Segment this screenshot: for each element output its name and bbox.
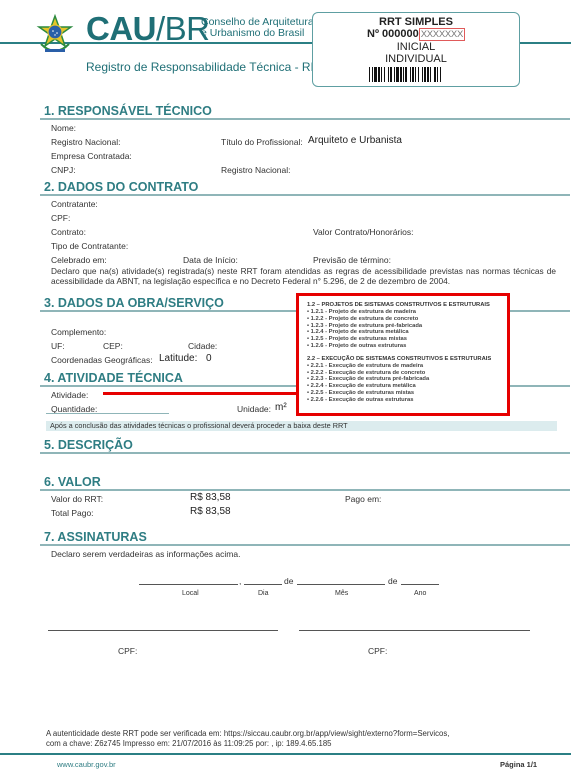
rrt-number: Nº 000000XXXXXXX <box>313 28 519 41</box>
print-info-line: com a chave: Z6z745 Impresso em: 21/07/2… <box>46 739 332 748</box>
rrt-status: INICIAL <box>313 41 519 53</box>
rrt-id-box: RRT SIMPLES Nº 000000XXXXXXX INICIAL IND… <box>312 12 520 87</box>
atividade-label: Atividade: <box>51 390 88 400</box>
section-divider <box>40 194 570 196</box>
section-title-responsavel: 1. RESPONSÁVEL TÉCNICO <box>44 104 212 118</box>
nome-label: Nome: <box>51 123 76 133</box>
page-number: Página 1/1 <box>500 760 537 769</box>
baixa-notice: Após a conclusão das atividades técnicas… <box>46 421 557 431</box>
contratante-label: Contratante: <box>51 199 98 209</box>
complemento-label: Complemento: <box>51 327 106 337</box>
quantidade-underline <box>46 413 169 414</box>
ano-blank[interactable] <box>401 584 439 585</box>
contrato-label: Contrato: <box>51 227 86 237</box>
rrt-modality: INDIVIDUAL <box>313 53 519 65</box>
document-subtitle: Registro de Responsabilidade Técnica - R… <box>86 60 326 74</box>
cnpj-label: CNPJ: <box>51 165 76 175</box>
valor-contrato-label: Valor Contrato/Honorários: <box>313 227 413 237</box>
valor-rrt-label: Valor do RRT: <box>51 494 103 504</box>
authenticity-line: A autenticidade deste RRT pode ser verif… <box>46 729 449 738</box>
empresa-contratada-label: Empresa Contratada: <box>51 151 132 161</box>
total-pago-label: Total Pago: <box>51 508 94 518</box>
valor-rrt-value: R$ 83,58 <box>190 492 231 503</box>
barcode-icon <box>369 67 463 82</box>
accessibility-declaration: Declaro que na(s) atividade(s) registrad… <box>51 267 556 286</box>
dia-blank[interactable] <box>244 584 282 585</box>
mes-caption: Mês <box>335 590 348 597</box>
activity-option: • 2.2.5 - Execução de estruturas mistas <box>307 390 507 397</box>
signature-line-professional[interactable] <box>48 630 278 631</box>
ano-caption: Ano <box>414 590 426 597</box>
section-divider <box>40 489 570 491</box>
de-text: de <box>284 576 293 586</box>
activity-group-title: 1.2 – PROJETOS DE SISTEMAS CONSTRUTIVOS … <box>307 302 507 309</box>
activity-option: • 2.2.4 - Execução de estrutura metálica <box>307 383 507 390</box>
section-title-atividade: 4. ATIVIDADE TÉCNICA <box>44 371 183 385</box>
rrt-type: RRT SIMPLES <box>313 16 519 28</box>
mes-blank[interactable] <box>297 584 385 585</box>
activity-option: • 2.2.1 - Execução de estrutura de madei… <box>307 363 507 370</box>
activity-option: • 1.2.2 - Projeto de estrutura de concre… <box>307 316 507 323</box>
cidade-label: Cidade: <box>188 341 217 351</box>
activity-option: • 1.2.4 - Projeto de estrutura metálica <box>307 329 507 336</box>
section-title-descricao: 5. DESCRIÇÃO <box>44 438 133 452</box>
cpf-professional-label: CPF: <box>118 646 137 656</box>
comma: , <box>239 576 241 586</box>
section-title-obra: 3. DADOS DA OBRA/SERVIÇO <box>44 296 224 310</box>
section-divider <box>40 118 570 120</box>
latitude-label: Latitude: <box>159 353 197 364</box>
activity-option: • 2.2.2 - Execução de estrutura de concr… <box>307 370 507 377</box>
signature-line-contractor[interactable] <box>299 630 530 631</box>
unidade-label: Unidade: <box>237 404 271 414</box>
cpf-label: CPF: <box>51 213 70 223</box>
activity-option: • 1.2.5 - Projeto de estruturas mistas <box>307 336 507 343</box>
veracidade-declaration: Declaro serem verdadeiras as informações… <box>51 549 240 559</box>
activity-group-title: 2.2 – EXECUÇÃO DE SISTEMAS CONSTRUTIVOS … <box>307 356 507 363</box>
titulo-profissional-value: Arquiteto e Urbanista <box>308 135 402 146</box>
registro-nacional-label: Registro Nacional: <box>51 137 120 147</box>
section-title-valor: 6. VALOR <box>44 475 101 489</box>
data-inicio-label: Data de Início: <box>183 255 238 265</box>
dia-caption: Dia <box>258 590 269 597</box>
section-divider <box>40 544 570 546</box>
cau-br-logo: CAU/BR <box>86 12 210 45</box>
activity-options-highlight: 1.2 – PROJETOS DE SISTEMAS CONSTRUTIVOS … <box>296 293 510 416</box>
activity-option: • 1.2.1 - Projeto de estrutura de madeir… <box>307 309 507 316</box>
council-name: Conselho de Arquitetura e Urbanismo do B… <box>201 17 314 39</box>
total-pago-value: R$ 83,58 <box>190 506 231 517</box>
registro-nacional-empresa-label: Registro Nacional: <box>221 165 290 175</box>
cpf-contractor-label: CPF: <box>368 646 387 656</box>
cep-label: CEP: <box>103 341 123 351</box>
uf-label: UF: <box>51 341 65 351</box>
titulo-profissional-label: Título do Profissional: <box>221 137 303 147</box>
brazil-coat-of-arms-icon <box>35 14 75 58</box>
unidade-value: m² <box>275 402 287 413</box>
celebrado-em-label: Celebrado em: <box>51 255 107 265</box>
activity-option: • 1.2.6 - Projeto de outras estruturas <box>307 343 507 350</box>
activity-option: • 2.2.3 - Execução de estrutura pré-fabr… <box>307 376 507 383</box>
local-caption: Local <box>182 590 199 597</box>
pago-em-label: Pago em: <box>345 494 381 504</box>
site-link[interactable]: www.caubr.gov.br <box>57 760 116 769</box>
tipo-contratante-label: Tipo de Contratante: <box>51 241 128 251</box>
coordenadas-label: Coordenadas Geográficas: <box>51 355 153 365</box>
previsao-termino-label: Previsão de término: <box>313 255 391 265</box>
footer-rule <box>0 753 571 755</box>
local-blank[interactable] <box>139 584 238 585</box>
de-text: de <box>388 576 397 586</box>
section-title-assinaturas: 7. ASSINATURAS <box>44 530 147 544</box>
highlight-connector-line <box>103 392 297 395</box>
masked-number: XXXXXXX <box>419 28 465 41</box>
activity-option: • 2.2.6 - Execução de outras estruturas <box>307 397 507 404</box>
section-divider <box>40 452 570 454</box>
section-title-contrato: 2. DADOS DO CONTRATO <box>44 180 198 194</box>
activity-option: • 1.2.3 - Projeto de estrutura pré-fabri… <box>307 323 507 330</box>
latitude-value: 0 <box>206 353 212 364</box>
